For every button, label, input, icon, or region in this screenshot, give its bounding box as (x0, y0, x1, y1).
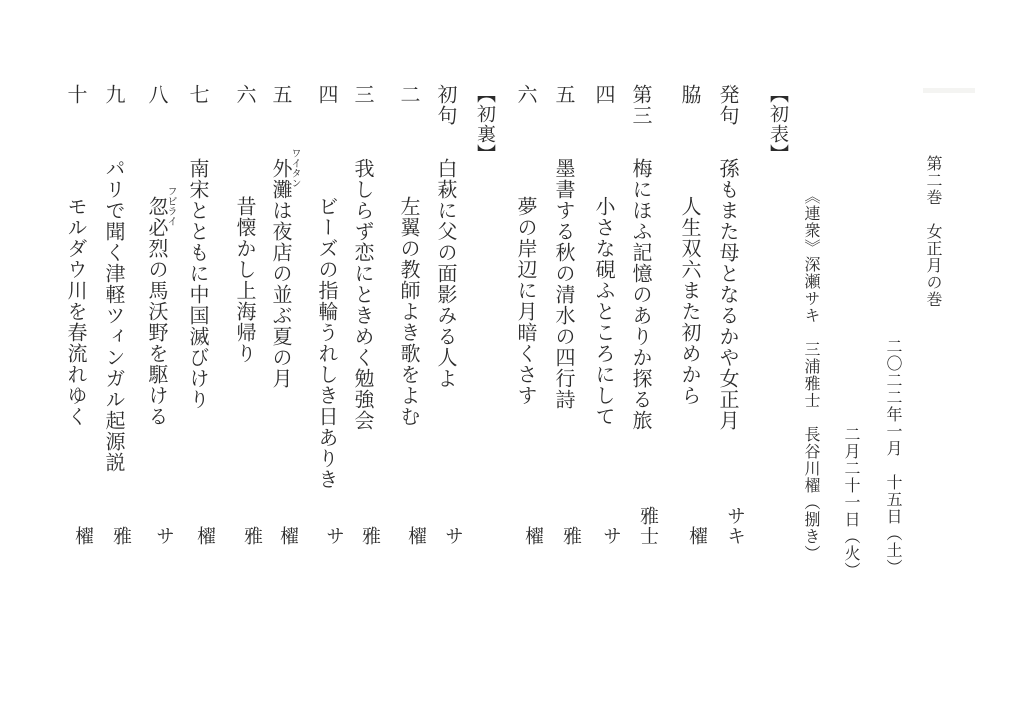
verse-label: 脇 (676, 84, 702, 105)
verse-label: 十 (62, 84, 88, 105)
verse-author: サ (151, 526, 175, 546)
verse-author: サ (598, 526, 622, 546)
verse-author: 雅 (558, 526, 582, 546)
verse-text: 白萩に父の面影みる人よ (432, 158, 458, 389)
section-header-ura: 【初裏】 (471, 84, 497, 164)
verse-label: 四 (313, 84, 339, 105)
verse-text: 夢の岸辺に月暗くさす (512, 196, 538, 406)
verse-label: 六 (231, 84, 257, 105)
scan-artifact (923, 88, 975, 93)
date-end: 二月二十一日（火） (838, 426, 862, 579)
verse-text: 小さな硯ふところにして (590, 196, 616, 427)
verse-author: サ (440, 526, 464, 546)
verse-author: 雅士 (635, 506, 659, 546)
verse-author: 雅 (239, 526, 263, 546)
verse-label: 初句 (432, 84, 458, 126)
verse-text: 孫もまた母となるかや女正月 (714, 158, 740, 431)
verse-label: 五 (267, 84, 293, 105)
verse-author: 櫂 (684, 526, 708, 546)
verse-author: 櫂 (275, 526, 299, 546)
verse-text: モルダウ川を春流れゆく (62, 196, 88, 427)
verse-author: 雅 (108, 526, 132, 546)
verse-author: サキ (722, 506, 746, 546)
verse-author: 櫂 (192, 526, 216, 546)
verse-label: 二 (395, 84, 421, 105)
verse-label: 八 (143, 84, 169, 105)
verse-text: 南宋とともに中国滅びけり (184, 158, 210, 410)
verse-text: 墨書する秋の清水の四行詩 (550, 158, 576, 410)
verse-author: 雅 (357, 526, 381, 546)
verse-label: 七 (184, 84, 210, 105)
verse-label: 六 (512, 84, 538, 105)
verse-label: 九 (100, 84, 126, 105)
verse-label: 五 (550, 84, 576, 105)
verse-text: 梅にほふ記憶のありか探る旅 (627, 158, 653, 431)
verse-text: 左翼の教師よき歌をよむ (395, 196, 421, 427)
verse-text: パリで聞く津軽ツィンガル起源説 (100, 158, 126, 473)
verse-label: 発句 (714, 84, 740, 126)
verse-text: 人生双六また初めから (676, 196, 702, 406)
verse-label: 第三 (627, 84, 653, 126)
verse-author: 櫂 (520, 526, 544, 546)
verse-author: 櫂 (70, 526, 94, 546)
verse-text: ビーズの指輪うれしき日ありき (313, 196, 339, 490)
verse-text: 我しらず恋にときめく勉強会 (349, 158, 375, 431)
verse-author: サ (321, 526, 345, 546)
verse-label: 三 (349, 84, 375, 105)
verse-text: 外灘は夜店の並ぶ夏の月 (267, 158, 293, 389)
furigana-waitan: ワイタン (289, 148, 300, 188)
verse-author: 櫂 (403, 526, 427, 546)
verse-text: 昔懐かし上海帰り (231, 196, 257, 364)
date-start: 二〇二二年一月 十五日（土） (880, 338, 904, 576)
furigana-fubirai: フビライ (165, 186, 176, 226)
participants-line: 《連衆》深瀬サキ 三浦雅士 長谷川櫂（捌き） (798, 188, 822, 562)
section-header-omote: 【初表】 (764, 84, 790, 164)
volume-title: 第二巻 女正月の巻 (920, 155, 944, 308)
renku-score-sheet: 第二巻 女正月の巻 二〇二二年一月 十五日（土） 二月二十一日（火） 《連衆》深… (0, 0, 1024, 717)
verse-text: 忽必烈の馬沃野を駆ける (143, 196, 169, 427)
verse-label: 四 (590, 84, 616, 105)
